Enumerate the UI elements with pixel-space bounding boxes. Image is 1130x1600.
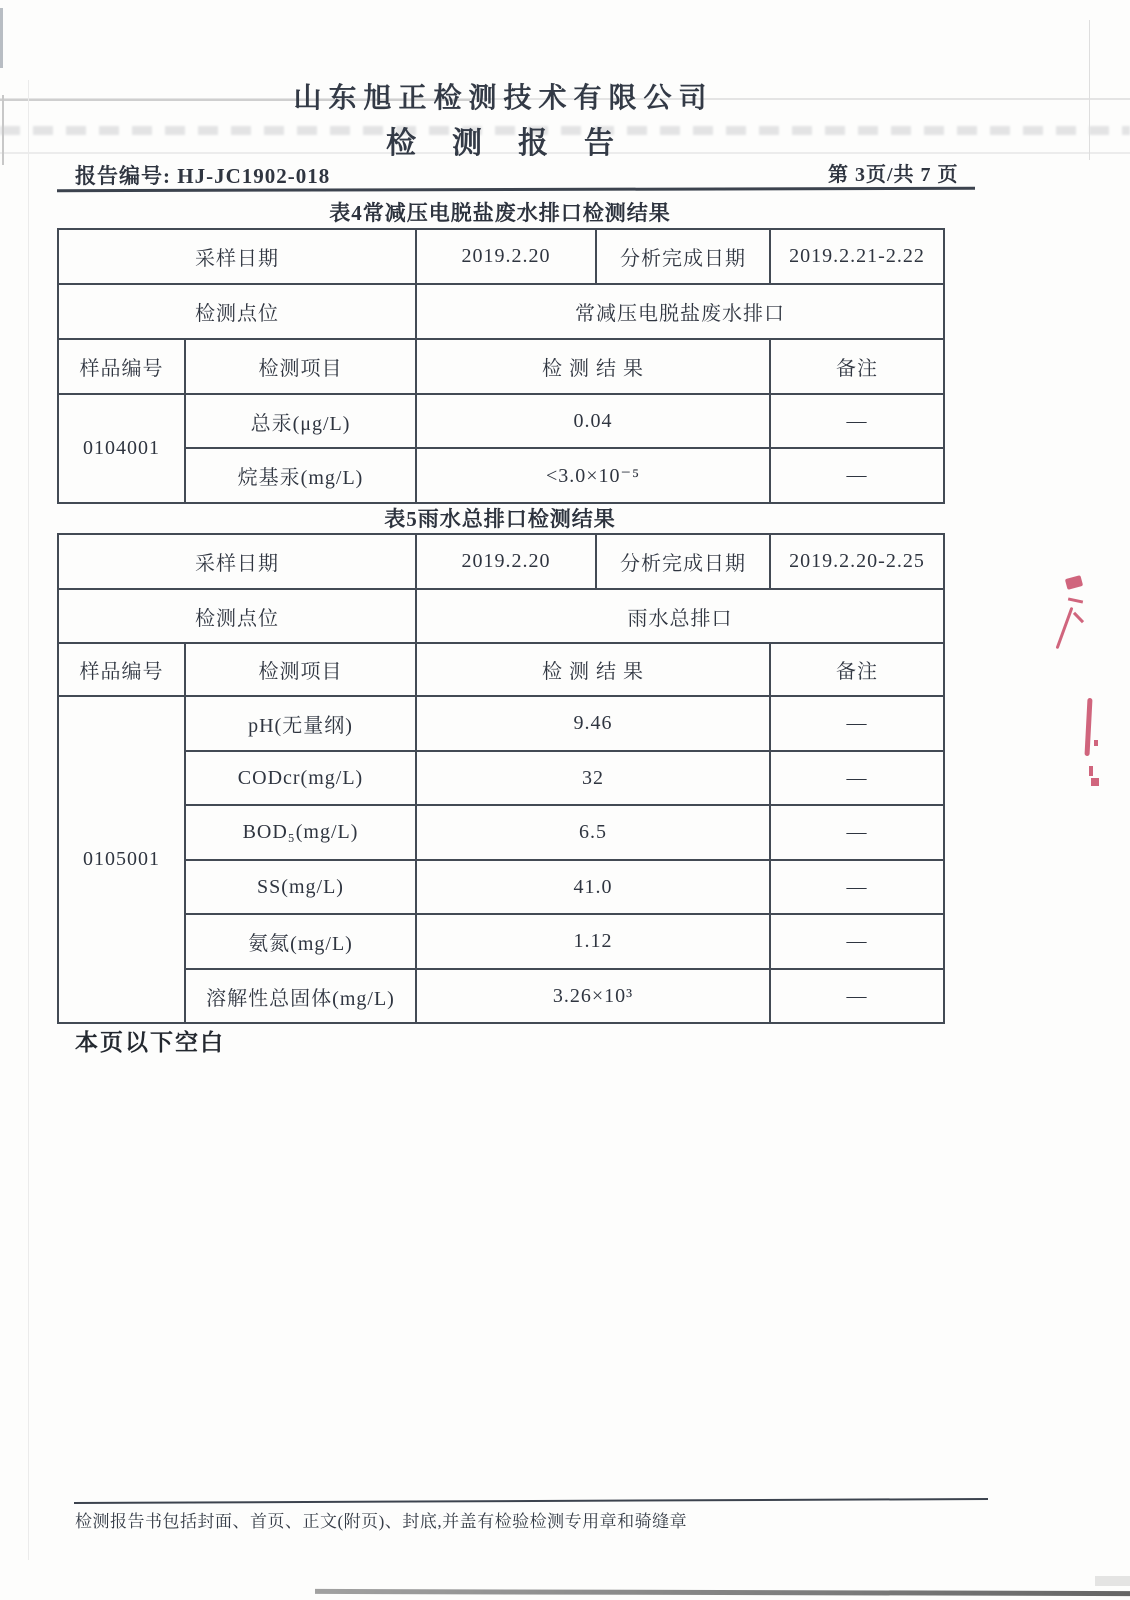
table4-title: 表4常减压电脱盐废水排口检测结果 — [57, 197, 943, 227]
company-name: 山东旭正检测技术有限公司 — [57, 76, 943, 116]
analysis-date-value: 2019.2.20-2.25 — [770, 534, 944, 589]
location-value: 常减压电脱盐废水排口 — [416, 284, 944, 339]
sample-no-value: 0104001 — [58, 394, 185, 503]
sampling-date-value: 2019.2.20 — [416, 229, 596, 284]
table5: 采样日期 2019.2.20 分析完成日期 2019.2.20-2.25 检测点… — [57, 533, 945, 1024]
table-row: CODcr(mg/L) 32 — — [58, 751, 944, 805]
report-number: 报告编号: HJ-JC1902-018 — [75, 160, 330, 190]
col-header-result: 检 测 结 果 — [416, 643, 770, 696]
seal-fragment — [1094, 740, 1098, 746]
seal-fragment — [1065, 575, 1083, 590]
item-cell: 总汞(μg/L) — [185, 394, 416, 448]
col-header-remark: 备注 — [770, 339, 944, 394]
result-cell: 41.0 — [416, 860, 770, 914]
table-row: 采样日期 2019.2.20 分析完成日期 2019.2.21-2.22 — [58, 229, 944, 284]
sampling-date-value: 2019.2.20 — [416, 534, 596, 589]
item-cell: pH(无量纲) — [185, 696, 416, 751]
report-title: 检测报告 — [57, 118, 943, 162]
report-page: 山东旭正检测技术有限公司 检测报告 报告编号: HJ-JC1902-018 第 … — [0, 0, 1130, 1600]
scan-artifact-edge — [2, 95, 4, 165]
sample-no-value: 0105001 — [58, 696, 185, 1023]
col-header-sample-no: 样品编号 — [58, 643, 185, 696]
result-cell: 6.5 — [416, 805, 770, 860]
report-number-value: HJ-JC1902-018 — [177, 164, 330, 188]
scan-artifact-bottom-line — [315, 1589, 1130, 1596]
seal-fragment — [1089, 766, 1093, 776]
item-cell: 溶解性总固体(mg/L) — [185, 969, 416, 1023]
table-row: BOD₅(mg/L) 6.5 — — [58, 805, 944, 860]
table-row: 检测点位 常减压电脱盐废水排口 — [58, 284, 944, 339]
remark-cell: — — [770, 696, 944, 751]
scan-artifact-edge — [28, 80, 29, 1560]
table-row: 溶解性总固体(mg/L) 3.26×10³ — — [58, 969, 944, 1023]
remark-cell: — — [770, 914, 944, 969]
result-cell: 1.12 — [416, 914, 770, 969]
item-cell: CODcr(mg/L) — [185, 751, 416, 805]
seal-fragment — [1068, 597, 1083, 603]
scan-artifact-edge — [1089, 20, 1090, 160]
result-cell: 3.26×10³ — [416, 969, 770, 1023]
result-cell: 0.04 — [416, 394, 770, 448]
sampling-date-label: 采样日期 — [58, 229, 416, 284]
seal-fragment — [1091, 778, 1099, 786]
table-row: 采样日期 2019.2.20 分析完成日期 2019.2.20-2.25 — [58, 534, 944, 589]
table-row: 烷基汞(mg/L) <3.0×10⁻⁵ — — [58, 448, 944, 503]
remark-cell: — — [770, 448, 944, 503]
col-header-item: 检测项目 — [185, 339, 416, 394]
scan-artifact-edge — [0, 8, 3, 68]
table-row: 0105001 pH(无量纲) 9.46 — — [58, 696, 944, 751]
item-cell: BOD₅(mg/L) — [185, 805, 416, 860]
table-row: 氨氮(mg/L) 1.12 — — [58, 914, 944, 969]
result-cell: <3.0×10⁻⁵ — [416, 448, 770, 503]
seal-fragment — [1073, 612, 1084, 623]
table-row: 检测点位 雨水总排口 — [58, 589, 944, 643]
item-cell: 氨氮(mg/L) — [185, 914, 416, 969]
result-cell: 9.46 — [416, 696, 770, 751]
location-label: 检测点位 — [58, 589, 416, 643]
scan-artifact-bottom-line — [1095, 1576, 1130, 1586]
table-row: SS(mg/L) 41.0 — — [58, 860, 944, 914]
report-number-label: 报告编号: — [75, 164, 171, 188]
page-indicator: 第 3页/共 7 页 — [828, 158, 959, 187]
remark-cell: — — [770, 860, 944, 914]
location-label: 检测点位 — [58, 284, 416, 339]
remark-cell: — — [770, 805, 944, 860]
col-header-result: 检 测 结 果 — [416, 339, 770, 394]
sampling-date-label: 采样日期 — [58, 534, 416, 589]
table-header-row: 样品编号 检测项目 检 测 结 果 备注 — [58, 643, 944, 696]
col-header-item: 检测项目 — [185, 643, 416, 696]
table5-title: 表5雨水总排口检测结果 — [57, 503, 943, 533]
seal-fragment — [1056, 607, 1074, 649]
col-header-sample-no: 样品编号 — [58, 339, 185, 394]
item-cell: 烷基汞(mg/L) — [185, 448, 416, 503]
remark-cell: — — [770, 394, 944, 448]
analysis-date-label: 分析完成日期 — [596, 534, 770, 589]
result-cell: 32 — [416, 751, 770, 805]
table-row: 0104001 总汞(μg/L) 0.04 — — [58, 394, 944, 448]
footer-rule — [74, 1498, 988, 1504]
location-value: 雨水总排口 — [416, 589, 944, 643]
item-cell: SS(mg/L) — [185, 860, 416, 914]
analysis-date-value: 2019.2.21-2.22 — [770, 229, 944, 284]
blank-below-note: 本页以下空白 — [75, 1024, 225, 1057]
remark-cell: — — [770, 969, 944, 1023]
footer-note: 检测报告书包括封面、首页、正文(附页)、封底,并盖有检验检测专用章和骑缝章 — [75, 1507, 687, 1532]
table4: 采样日期 2019.2.20 分析完成日期 2019.2.21-2.22 检测点… — [57, 228, 945, 504]
col-header-remark: 备注 — [770, 643, 944, 696]
remark-cell: — — [770, 751, 944, 805]
seal-fragment — [1084, 698, 1092, 756]
table-header-row: 样品编号 检测项目 检 测 结 果 备注 — [58, 339, 944, 394]
analysis-date-label: 分析完成日期 — [596, 229, 770, 284]
